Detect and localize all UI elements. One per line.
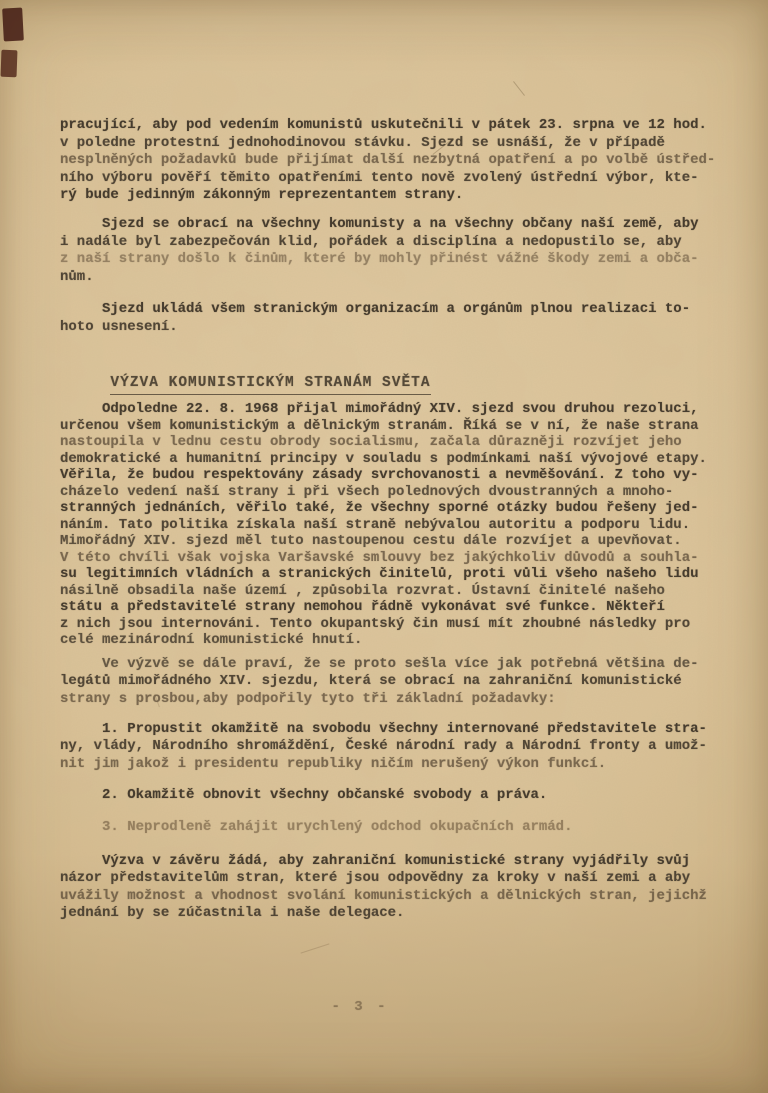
text-line: nesplněných požadavků bude přijímat dalš… <box>60 152 732 170</box>
paragraph-congress-mandate: Sjezd ukládá všem stranickým organizacím… <box>60 301 732 336</box>
text-line: Výzva v závěru žádá, aby zahraniční komu… <box>60 853 732 870</box>
text-line: pracující, aby pod vedením komunistů usk… <box>60 117 732 135</box>
text-line: z naší strany došlo k činům, které by mo… <box>60 251 732 269</box>
paragraph-closing-request: Výzva v závěru žádá, aby zahraniční komu… <box>60 853 732 923</box>
text-line: hoto usnesení. <box>60 319 732 337</box>
page-number: - 3 - <box>60 999 660 1017</box>
text-line: V této chvíli však vojska Varšavské smlo… <box>60 550 732 567</box>
text-line: ního výboru pověří těmito opatřeními ten… <box>60 170 732 188</box>
text-line: celé mezinárodní komunistické hnutí. <box>60 632 732 649</box>
text-line: i nadále byl zabezpečován klid, pořádek … <box>60 234 732 252</box>
text-line: Ve výzvě se dále praví, že se proto sešl… <box>60 656 732 673</box>
text-line: strany s prosbou,aby podpořily tyto tři … <box>60 691 732 708</box>
list-item-demand-1: 1. Propustit okamžitě na svobodu všechny… <box>60 721 732 773</box>
text-line: názor představitelům stran, které jsou o… <box>60 870 732 887</box>
section-heading: VÝZVA KOMUNISTICKÝM STRANÁM SVĚTA <box>110 375 430 396</box>
text-line: ny, vlády, Národního shromáždění, České … <box>60 738 732 755</box>
list-item-demand-3: 3. Neprodleně zahájit urychlený odchod o… <box>60 819 732 837</box>
text-line: v poledne protestní jednohodinovou stávk… <box>60 135 732 153</box>
text-line: 1. Propustit okamžitě na svobodu všechny… <box>60 721 732 738</box>
text-line: náním. Tato politika získala naší straně… <box>60 517 732 534</box>
typewritten-text-column: pracující, aby pod vedením komunistů usk… <box>0 0 768 1093</box>
text-line: rý bude jedinným zákonným reprezentantem… <box>60 187 732 205</box>
text-line: Sjezd ukládá všem stranickým organizacím… <box>60 301 732 319</box>
text-line: Mimořádný XIV. sjezd měl tuto nastoupeno… <box>60 533 732 550</box>
text-line: 3. Neprodleně zahájit urychlený odchod o… <box>60 819 732 837</box>
scanned-document-page: pracující, aby pod vedením komunistů usk… <box>0 0 768 1093</box>
text-line: Odpoledne 22. 8. 1968 přijal mimořádný X… <box>60 401 732 418</box>
text-line: Sjezd se obrací na všechny komunisty a n… <box>60 216 732 234</box>
text-line: násilně obsadila naše území , způsobila … <box>60 583 732 600</box>
text-line: stranných jednáních, věřilo také, že vše… <box>60 500 732 517</box>
text-line: demokratické a humanitní principy v soul… <box>60 451 732 468</box>
text-line: nastoupila v lednu cestu obrody socialis… <box>60 434 732 451</box>
text-line: určenou všem komunistickým a dělnickým s… <box>60 418 732 435</box>
paragraph-second-resolution: Odpoledne 22. 8. 1968 přijal mimořádný X… <box>60 401 732 649</box>
list-item-demand-2: 2. Okamžitě obnovit všechny občanské svo… <box>60 787 732 805</box>
text-line: 2. Okamžitě obnovit všechny občanské svo… <box>60 787 732 805</box>
text-line: nit jim jakož i presidentu republiky nič… <box>60 756 732 773</box>
paragraph-strike-resolution-continuation: pracující, aby pod vedením komunistů usk… <box>60 117 732 205</box>
text-line: státu a představitelé strany nemohou řád… <box>60 599 732 616</box>
text-line: nům. <box>60 269 732 287</box>
paragraph-appeal-intro: Ve výzvě se dále praví, že se proto sešl… <box>60 656 732 708</box>
text-line: su legitimních vládních a stranických či… <box>60 566 732 583</box>
text-line: cházelo vedení naší strany i při všech p… <box>60 484 732 501</box>
paragraph-appeal-to-communists: Sjezd se obrací na všechny komunisty a n… <box>60 216 732 286</box>
text-line: z nich jsou internováni. Tento okupantsk… <box>60 616 732 633</box>
text-line: uvážily možnost a vhodnost svolání komun… <box>60 888 732 905</box>
text-line: jednání by se zúčastnila i naše delegace… <box>60 905 732 922</box>
text-line: Věřila, že budou respektovány zásady svr… <box>60 467 732 484</box>
text-line: legátů mimořádného XIV. sjezdu, která se… <box>60 673 732 690</box>
